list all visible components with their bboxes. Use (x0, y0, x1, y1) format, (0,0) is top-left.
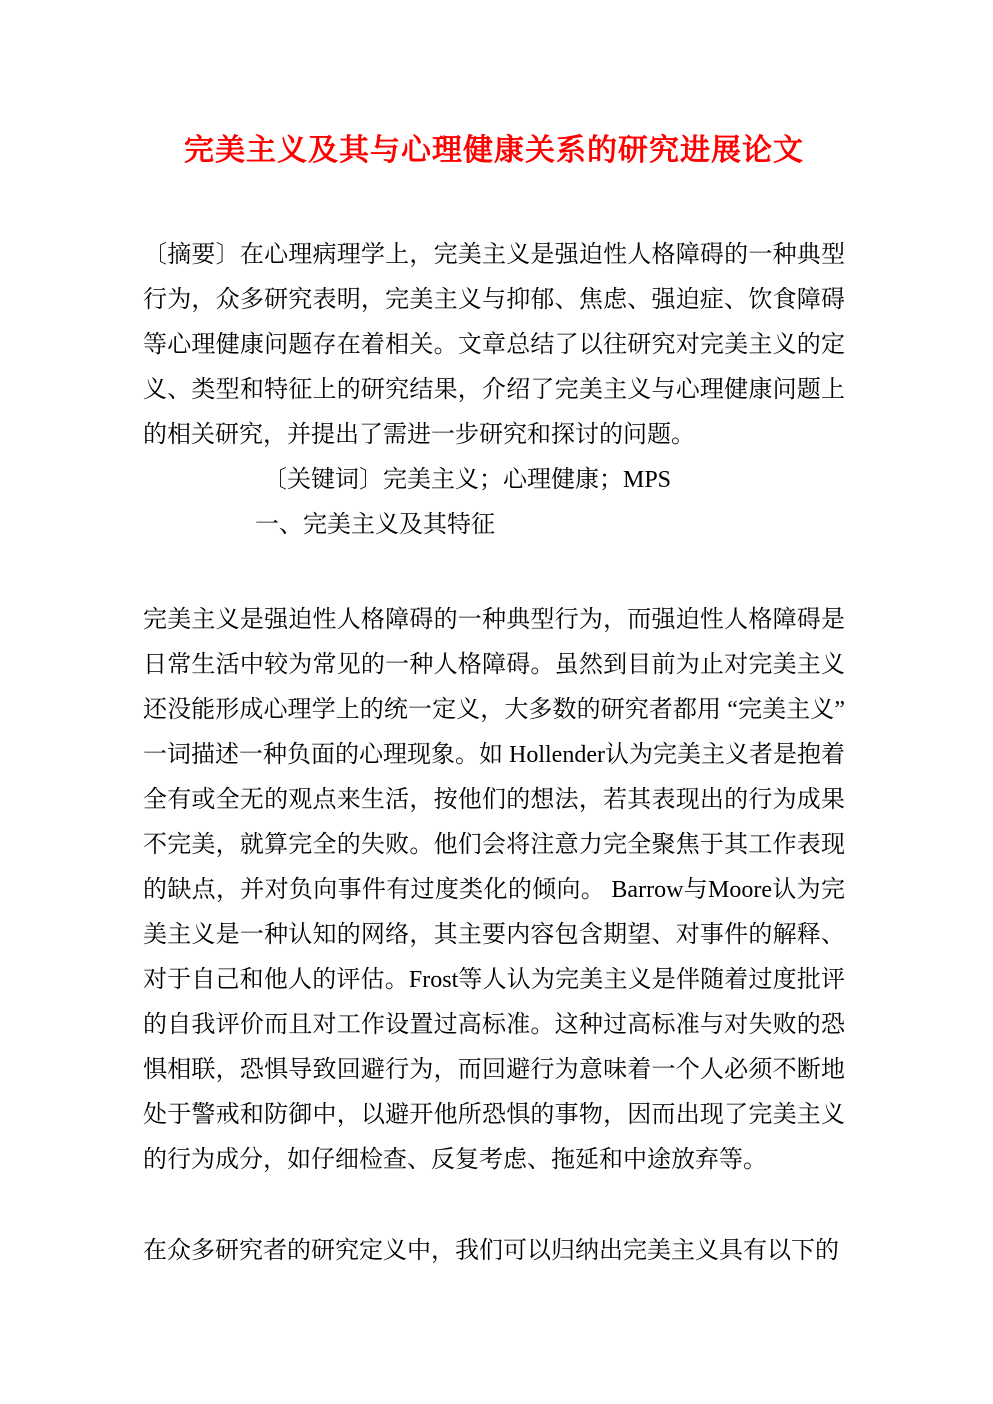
document-content-column: 完美主义及其与心理健康关系的研究进展论文 〔摘要〕在心理病理学上，完美主义是强迫… (0, 20, 993, 1274)
body-paragraph: 完美主义是强迫性人格障碍的一种典型行为，而强迫性人格障碍是日常生活中较为常见的一… (143, 598, 845, 1183)
section-heading: 一、完美主义及其特征 (143, 503, 845, 548)
document-title: 完美主义及其与心理健康关系的研究进展论文 (143, 20, 845, 174)
abstract-paragraph: 〔摘要〕在心理病理学上，完美主义是强迫性人格障碍的一种典型行为，众多研究表明，完… (143, 233, 845, 458)
document-page: 完美主义及其与心理健康关系的研究进展论文 〔摘要〕在心理病理学上，完美主义是强迫… (0, 0, 993, 1404)
keywords-line: 〔关键词〕完美主义；心理健康；MPS (143, 458, 845, 503)
closing-paragraph: 在众多研究者的研究定义中，我们可以归纳出完美主义具有以下的 (143, 1229, 845, 1274)
